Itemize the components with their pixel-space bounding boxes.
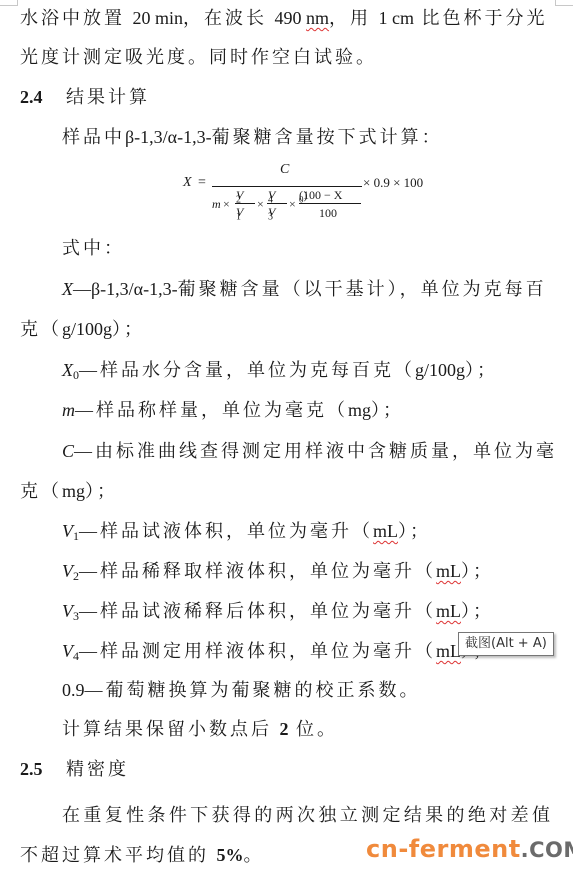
- definition-x-continuation: 克（g/100g）；: [20, 314, 553, 344]
- text: ）；: [461, 601, 494, 621]
- definition-c: C—由标准曲线查得测定用样液中含糖质量，单位为毫: [62, 436, 553, 466]
- mini-fraction-bar: [235, 203, 255, 204]
- formula: X = C m × V2 V1 × V4 V3 × (100 − X0) 100…: [180, 165, 440, 225]
- decimal-places: 2: [280, 719, 289, 739]
- text: 葡聚糖含量按下式计算：: [212, 127, 443, 147]
- mini-fraction-bar: [299, 203, 361, 204]
- symbol: V: [62, 521, 73, 541]
- where-label: 式中：: [62, 233, 553, 263]
- symbol: V: [62, 601, 73, 621]
- watermark-logo: cn-ferment.COM: [366, 835, 573, 863]
- text: ，用: [329, 8, 379, 28]
- text: ）；: [465, 360, 498, 380]
- definition-c-continuation: 克（mg）；: [20, 476, 553, 506]
- dash: —: [73, 279, 91, 299]
- text: 克（: [20, 481, 62, 501]
- text: ）；: [461, 561, 494, 581]
- text: 位。: [289, 719, 339, 739]
- text: 。: [244, 845, 265, 865]
- text-cuvette: 1 cm: [379, 8, 415, 28]
- fraction-bar: [212, 186, 362, 187]
- formula-times: ×: [289, 197, 296, 212]
- text: 不超过算术平均值的: [20, 845, 217, 865]
- v: V: [236, 188, 243, 203]
- mini-fraction-bar: [267, 203, 287, 204]
- spellcheck-word-ml: mL: [436, 601, 461, 621]
- text-glucan-type: β-1,3/α-1,3-: [125, 127, 212, 147]
- symbol: C: [62, 441, 74, 461]
- unit: mg: [62, 481, 85, 501]
- section-number: 2.4: [20, 82, 66, 112]
- formula-denominator: m × V2 V1 × V4 V3 × (100 − X0) 100: [212, 188, 362, 224]
- unit: mg: [348, 400, 371, 420]
- section-title: 结果计算: [66, 87, 150, 107]
- text: —样品测定用样液体积，单位为毫升（: [79, 641, 436, 661]
- text: β-1,3/α-1,3-: [91, 279, 178, 299]
- section-number: 2.5: [20, 754, 66, 784]
- symbol: 0.9: [62, 680, 85, 700]
- unit: g/100g: [62, 319, 112, 339]
- precision-text-line: 在重复性条件下获得的两次独立测定结果的绝对差值: [62, 800, 553, 830]
- section-title: 精密度: [66, 759, 129, 779]
- text: —样品试液体积，单位为毫升（: [79, 521, 373, 541]
- text: —样品稀释取样液体积，单位为毫升（: [79, 561, 436, 581]
- text: —样品水分含量，单位为克每百克（: [79, 360, 415, 380]
- symbol: m: [62, 400, 75, 420]
- formula-m: m: [212, 197, 221, 212]
- text-wavelength: 490: [275, 8, 307, 28]
- symbol: X: [62, 279, 73, 299]
- text: ）；: [398, 521, 431, 541]
- v: V: [268, 205, 275, 220]
- spellcheck-word-ml: mL: [373, 521, 398, 541]
- definition-v2: V2—样品稀释取样液体积，单位为毫升（mL）；: [62, 556, 553, 586]
- symbol: V: [62, 641, 73, 661]
- page-corner-mark-right: [555, 0, 573, 6]
- watermark-main: cn-ferment: [366, 835, 521, 863]
- text: 葡聚糖含量（以干基计），单位为克每百: [178, 279, 547, 299]
- formula-intro: 样品中β-1,3/α-1,3-葡聚糖含量按下式计算：: [62, 122, 553, 152]
- screenshot-shortcut-tooltip: 截图(Alt + A): [458, 632, 554, 656]
- unit: g/100g: [415, 360, 465, 380]
- text: 水浴中放置: [20, 8, 133, 28]
- text: ）；: [371, 400, 404, 420]
- section-heading-2-5: 2.5精密度: [20, 754, 553, 784]
- formula-times: ×: [257, 197, 264, 212]
- formula-lhs: X: [183, 175, 192, 191]
- v: V: [268, 188, 275, 203]
- formula-moisture-denominator: 100: [319, 206, 337, 221]
- text: 比色杯于分光: [414, 8, 548, 28]
- paragraph-line: 光度计测定吸光度。同时作空白试验。: [20, 42, 553, 72]
- text: ，在波长: [183, 8, 275, 28]
- formula-times: ×: [223, 197, 230, 212]
- definition-v3: V3—样品试液稀释后体积，单位为毫升（mL）；: [62, 596, 553, 626]
- paragraph-line: 水浴中放置 20 min，在波长 490 nm，用 1 cm 比色杯于分光: [20, 3, 553, 33]
- formula-numerator: C: [280, 162, 289, 178]
- text: ）；: [112, 319, 145, 339]
- rounding-note: 计算结果保留小数点后 2 位。: [62, 714, 553, 744]
- definition-m: m—样品称样量，单位为毫克（mg）；: [62, 395, 553, 425]
- v: V: [236, 205, 243, 220]
- text: 样品中: [62, 127, 125, 147]
- formula-tail: × 0.9 × 100: [363, 175, 423, 191]
- text: 计算结果保留小数点后: [62, 719, 280, 739]
- symbol: V: [62, 561, 73, 581]
- watermark-tld: .COM: [521, 838, 573, 862]
- text: —样品试液稀释后体积，单位为毫升（: [79, 601, 436, 621]
- text: —葡萄糖换算为葡聚糖的校正系数。: [85, 680, 421, 700]
- percentage: 5%: [217, 845, 244, 865]
- spellcheck-word-ml: mL: [436, 561, 461, 581]
- text: ): [304, 188, 308, 203]
- definition-correction-factor: 0.9—葡萄糖换算为葡聚糖的校正系数。: [62, 675, 553, 705]
- definition-x0: X0—样品水分含量，单位为克每百克（g/100g）；: [62, 355, 553, 385]
- text-duration: 20 min: [133, 8, 184, 28]
- definition-v1: V1—样品试液体积，单位为毫升（mL）；: [62, 516, 553, 546]
- text: —样品称样量，单位为毫克（: [75, 400, 348, 420]
- text: ）；: [85, 481, 118, 501]
- section-heading-2-4: 2.4结果计算: [20, 82, 553, 112]
- spellcheck-word-nm: nm: [306, 8, 329, 28]
- symbol: X: [62, 360, 73, 380]
- formula-equals: =: [198, 175, 206, 191]
- text: 克（: [20, 319, 62, 339]
- text: —由标准曲线查得测定用样液中含糖质量，单位为毫: [74, 441, 557, 461]
- definition-x: X—β-1,3/α-1,3-葡聚糖含量（以干基计），单位为克每百: [62, 274, 553, 304]
- formula-v3: V3: [268, 205, 273, 222]
- formula-moisture-numerator: (100 − X0): [299, 188, 304, 204]
- formula-v1: V1: [236, 205, 241, 222]
- page-corner-mark-left: [0, 0, 18, 6]
